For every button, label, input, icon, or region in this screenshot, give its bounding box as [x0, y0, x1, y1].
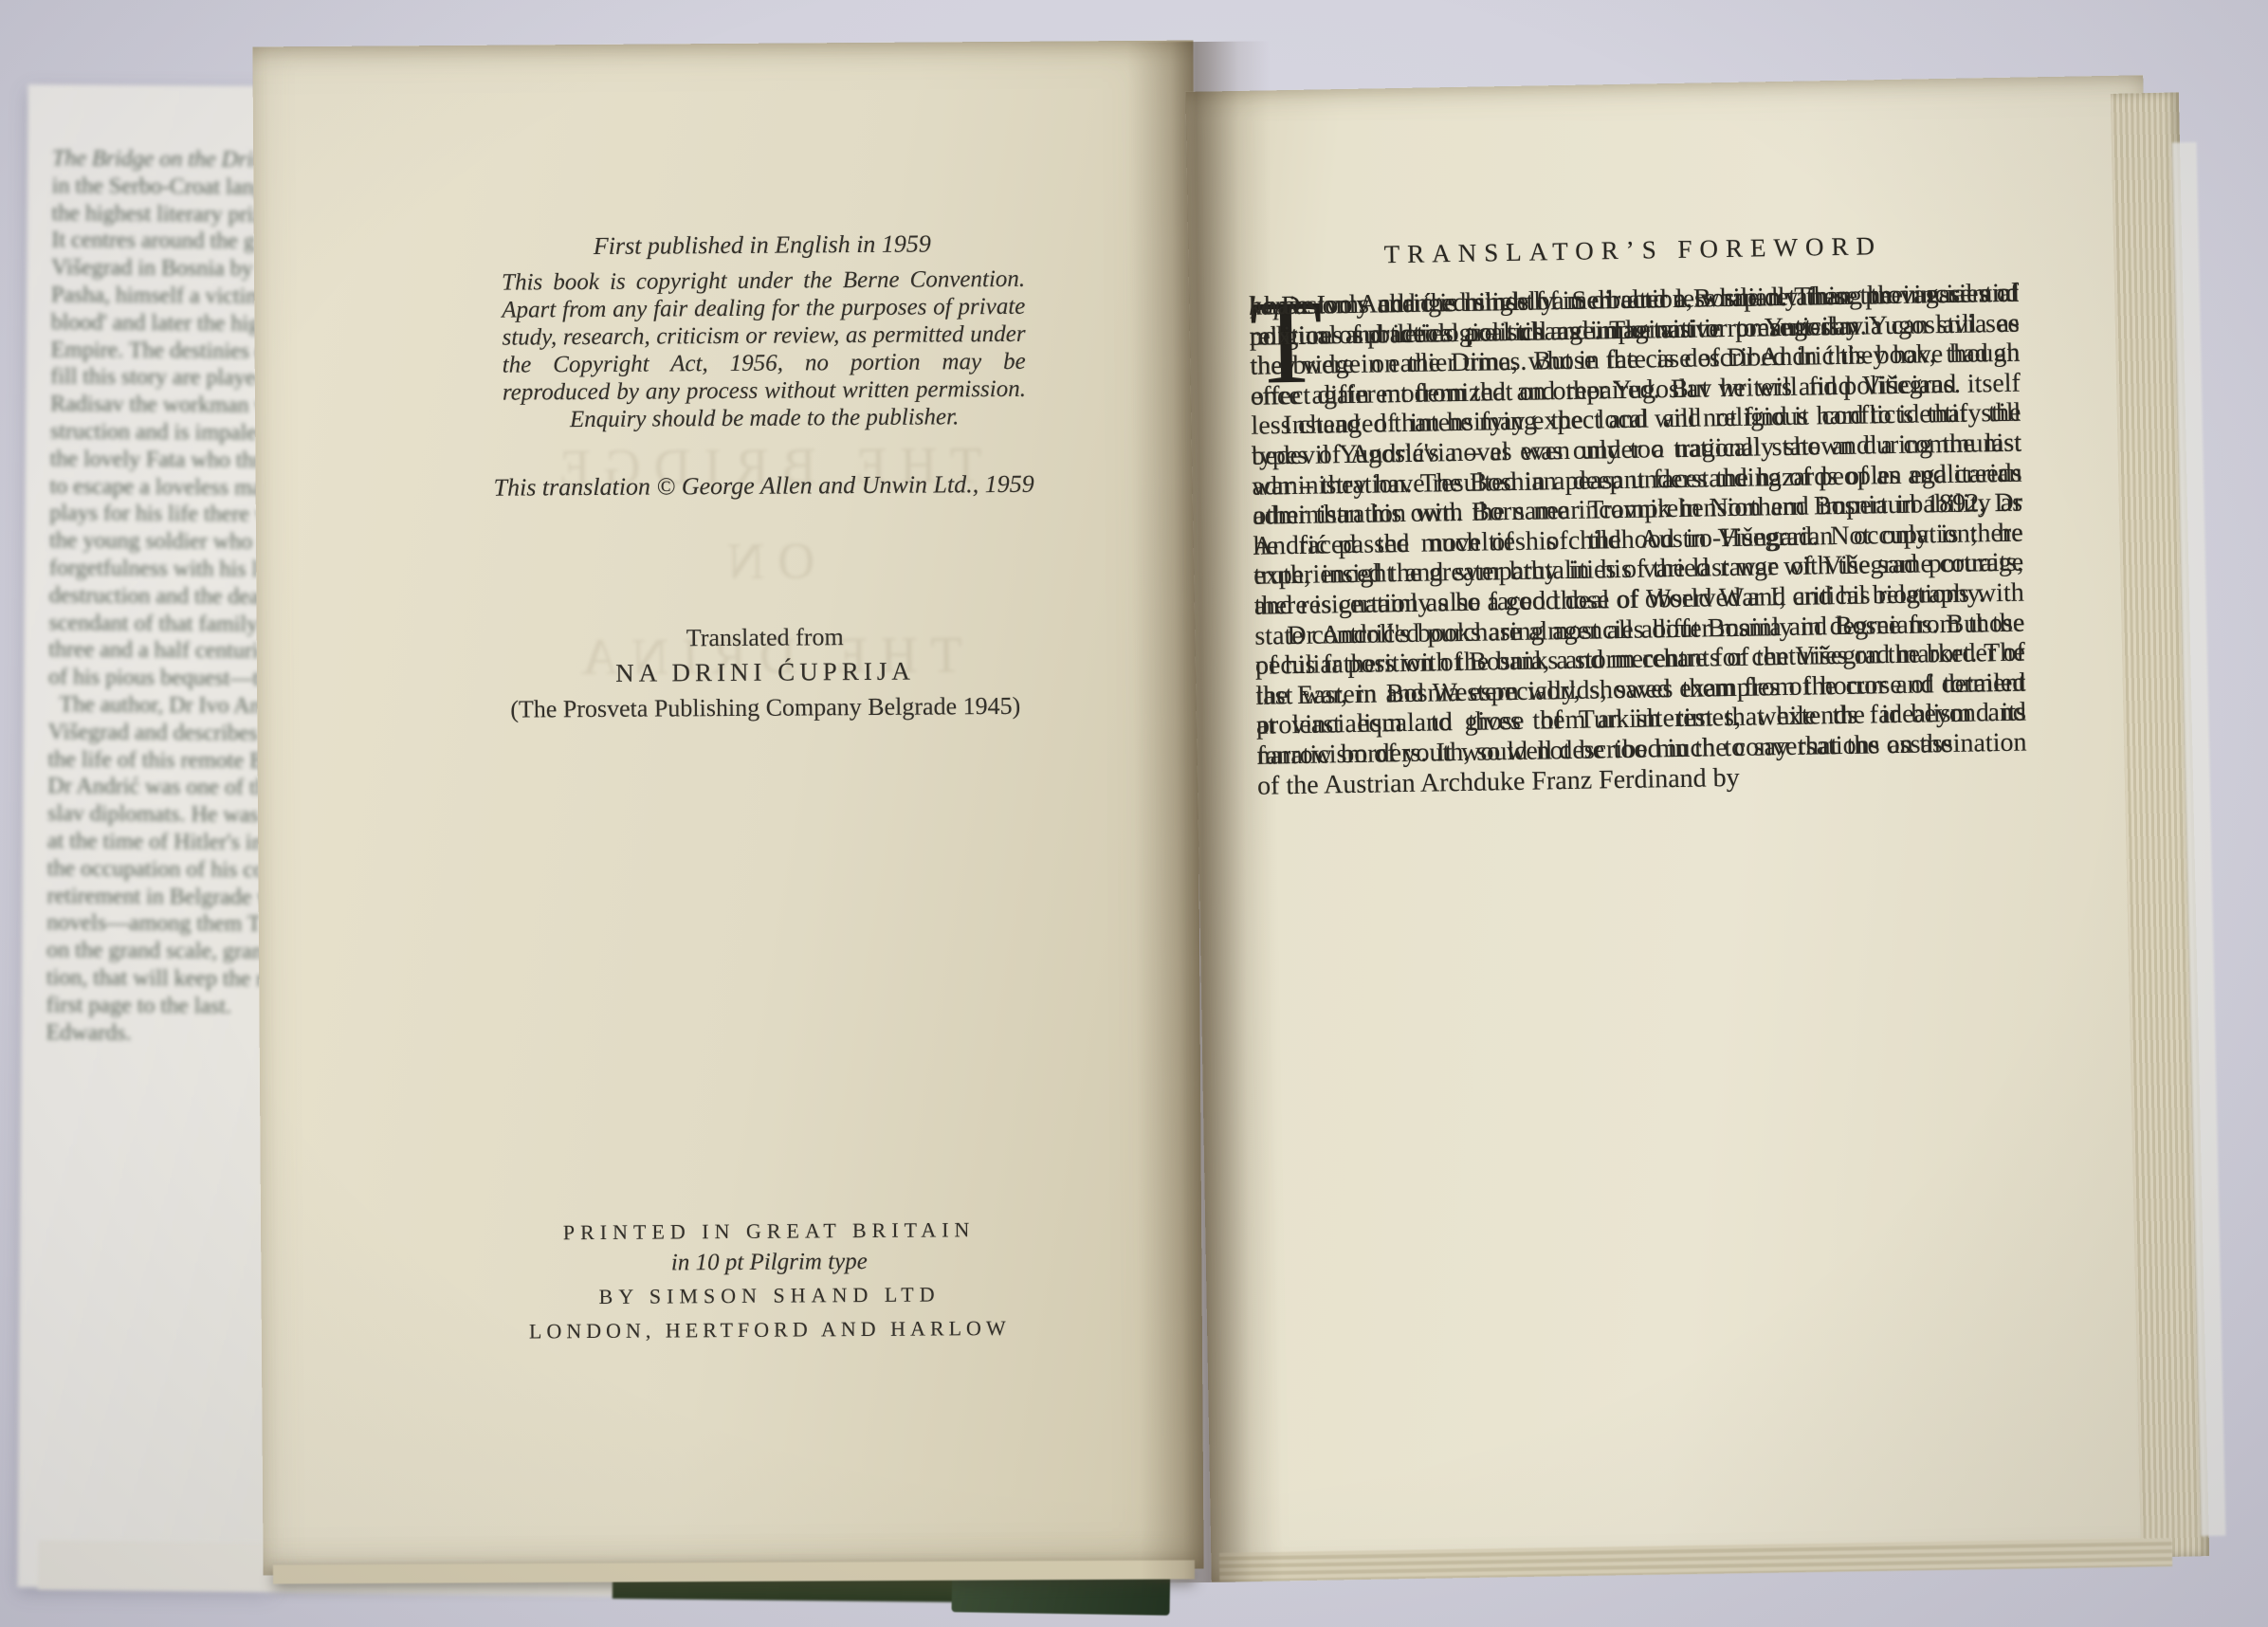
colophon-printed-in: PRINTED IN GREAT BRITAIN [437, 1216, 1101, 1246]
flap-blurb-line: destruction and the death [49, 582, 277, 611]
flap-blurb-line: Višegrad and describes vi [48, 719, 276, 747]
colophon-printer: BY SIMSON SHAND LTD [438, 1281, 1102, 1310]
paragraph-1-text: he customs and the minds of men alter le… [1249, 279, 2027, 772]
first-published-line: First published in English in 1959 [478, 229, 1047, 262]
flap-blurb-line: Dr Andrić was one of th [47, 774, 275, 802]
flap-blurb-line: Empire. The destinies of [50, 337, 278, 365]
title-show-through-line: ON [385, 511, 1144, 612]
colophon-cities: LONDON, HERTFORD AND HARLOW [438, 1315, 1102, 1344]
flap-blurb-line: at the time of Hitler's inv [47, 828, 275, 856]
flap-blurb-line: the highest literary prize [51, 200, 279, 229]
flap-blurb-line: the occupation of his co [47, 855, 275, 884]
page-title: TRANSLATOR’S FOREWORD [1248, 229, 2018, 272]
foreword-paragraph-1: The customs and the minds of men alter l… [1249, 279, 2019, 292]
flap-blurb-line: the life of this remote Bo [47, 746, 275, 775]
flap-blurb-line: on the grand scale, grand i [46, 937, 274, 965]
dust-jacket-flap: The Bridge on the Drina is pin the Serbo… [17, 84, 282, 1589]
flap-blurb-line: Edwards. [46, 1019, 273, 1048]
flap-blurb-line: novels—among them The [46, 910, 274, 939]
open-book-photo: The Bridge on the Drina is pin the Serbo… [0, 0, 2268, 1627]
colophon-typeface: in 10 pt Pilgrim type [437, 1247, 1101, 1278]
foreword-page: TRANSLATOR’S FOREWORD The customs and th… [1185, 75, 2168, 1581]
flap-blurb-line: fill this story are played [50, 364, 278, 393]
flap-blurb-line: of his pious bequest—the [48, 664, 276, 692]
flap-blurb-line: Radisav the workman wh [50, 391, 278, 419]
flap-blurb-line: Pasha, himself a victim in [51, 282, 279, 310]
flap-blurb-line: first page to the last. [46, 992, 274, 1020]
flap-blurb-line: tion, that will keep the r [46, 964, 274, 993]
flap-blurb-line: the young soldier who p [49, 527, 277, 556]
original-publisher-line: (The Prosveta Publishing Company Belgrad… [433, 691, 1097, 724]
copyright-page: THE BRIDGEONTHE DRINA First published in… [252, 41, 1203, 1576]
flap-blurb-line: It centres around the g [51, 228, 279, 256]
flap-blurb-line: slav diplomats. He was Y [47, 800, 275, 829]
foreword-body-text: The customs and the minds of men alter l… [1249, 279, 2039, 1506]
translation-copyright-line: This translation © George Allen and Unwi… [432, 469, 1096, 503]
flap-blurb-line: to escape a loveless marria [49, 473, 277, 502]
translated-from-label: Translated from [481, 622, 1050, 654]
flap-blurb-line: the lovely Fata who thro [50, 446, 278, 474]
flap-blurb-line: struction and is impaled [50, 418, 278, 447]
book-gutter-shadow [1127, 41, 1283, 1582]
flap-blurb-line: The author, Dr Ivo An [48, 691, 276, 720]
copyright-notice: This book is copyright under the Berne C… [502, 265, 1026, 434]
flap-blurb-line: blood' and later the highe [51, 309, 279, 338]
flap-blurb-line: retirement in Belgrade w [46, 883, 274, 911]
flap-blurb-line: The Bridge on the Drina is p [52, 145, 280, 174]
flap-blurb-line: scendant of that family [48, 610, 276, 638]
original-title: NA DRINI ĆUPRIJA [481, 656, 1050, 689]
flap-blurb-line: in the Serbo-Croat langu [52, 173, 280, 201]
flap-blurb-line: forgetfulness with his life [49, 555, 277, 583]
flap-blurb-line: Višegrad in Bosnia by th [51, 254, 279, 283]
flap-blurb-line: three and a half centurie [48, 637, 276, 666]
flap-blurb-text: The Bridge on the Drina is pin the Serbo… [43, 145, 280, 1550]
flap-blurb-line: plays for his life there wi [49, 501, 277, 529]
